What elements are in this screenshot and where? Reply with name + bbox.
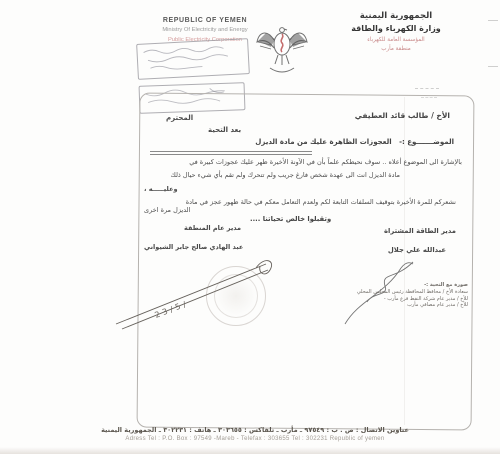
- body-paragraph1-line1: بالإشارة الى الموضوع أعلاه .. سوف نحيطكم…: [189, 158, 462, 166]
- reference-dash-marks: [415, 88, 439, 89]
- footer-english: Adress Tel : P.O. Box : 97549 -Mareb - T…: [50, 436, 460, 442]
- scan-bottom-shadow: [0, 447, 500, 454]
- body-paragraph1-line3: وعليـــــه ،: [144, 185, 178, 193]
- cc-item: للأخ / مدير عام مصافي مأرب: [357, 302, 468, 309]
- subject-line: الموضـــــــوع :- العجوزات الظاهرة عليك …: [255, 138, 454, 146]
- signature-left-title: مدير عام المنطقة: [184, 224, 241, 232]
- cc-item: سعادة الأخ / محافظ المحافظة رئيس المجلس …: [357, 289, 468, 296]
- footer-arabic: عناوين الاتصال : ص . ب : ٩٧٥٤٩ ـ مأرب ـ …: [50, 426, 460, 434]
- round-stamp-inner-ring: [214, 274, 258, 318]
- date-dash-marks: [421, 97, 437, 98]
- republic-title: REPUBLIC OF YEMEN: [143, 17, 267, 24]
- republic-title-ar: الجمهورية اليمنية: [330, 11, 462, 21]
- round-stamp: [206, 266, 266, 326]
- corporation-title-ar: المؤسسة العامة للكهرباء: [330, 37, 462, 43]
- scanned-letter-page: REPUBLIC OF YEMEN Ministry Of Electricit…: [0, 0, 500, 454]
- greeting: بعد التحية: [208, 126, 241, 134]
- subject-double-underline: [150, 151, 312, 155]
- body-paragraph2-line1: نشعركم للمرة الأخيرة بتوقيف السلفات التا…: [186, 198, 456, 206]
- honorific: المحترم: [166, 114, 193, 122]
- cc-list: صورة مع التحية :- سعادة الأخ / محافظ الم…: [357, 282, 468, 309]
- body-paragraph2-line2: الديزل مرة اخرى: [144, 206, 190, 214]
- body-paragraph1-line2: مادة الديزل انت الى عهدة شخص فارغ جريب و…: [170, 171, 400, 179]
- signature-right-title: مدير الطاقة المشتراة: [384, 227, 456, 235]
- ministry-title-ar: وزارة الكهرباء والطاقة: [330, 24, 462, 33]
- ministry-title-en: Ministry Of Electricity and Energy: [143, 27, 267, 33]
- subject-label: الموضـــــــوع :-: [399, 138, 454, 146]
- region-title-ar: منطقة مأرب: [330, 46, 462, 52]
- scan-artifact: [488, 66, 498, 67]
- yemen-emblem-icon: [255, 21, 309, 79]
- closing-salutation: وتقبلوا خالص تحياتنا ....: [250, 215, 331, 223]
- scan-artifact: [488, 20, 498, 21]
- subject-text: العجوزات الظاهرة عليك من مادة الديزل: [255, 138, 391, 146]
- rect-stamp-upper: [136, 38, 250, 80]
- letterhead-english: REPUBLIC OF YEMEN Ministry Of Electricit…: [143, 17, 267, 43]
- letterhead-arabic: الجمهورية اليمنية وزارة الكهرباء والطاقة…: [330, 11, 462, 52]
- addressee-line: الأخ / طالب قائد العطيفي: [355, 111, 450, 120]
- cc-label: صورة مع التحية :-: [357, 282, 468, 289]
- footer-contact-block: عناوين الاتصال : ص . ب : ٩٧٥٤٩ ـ مأرب ـ …: [50, 426, 460, 442]
